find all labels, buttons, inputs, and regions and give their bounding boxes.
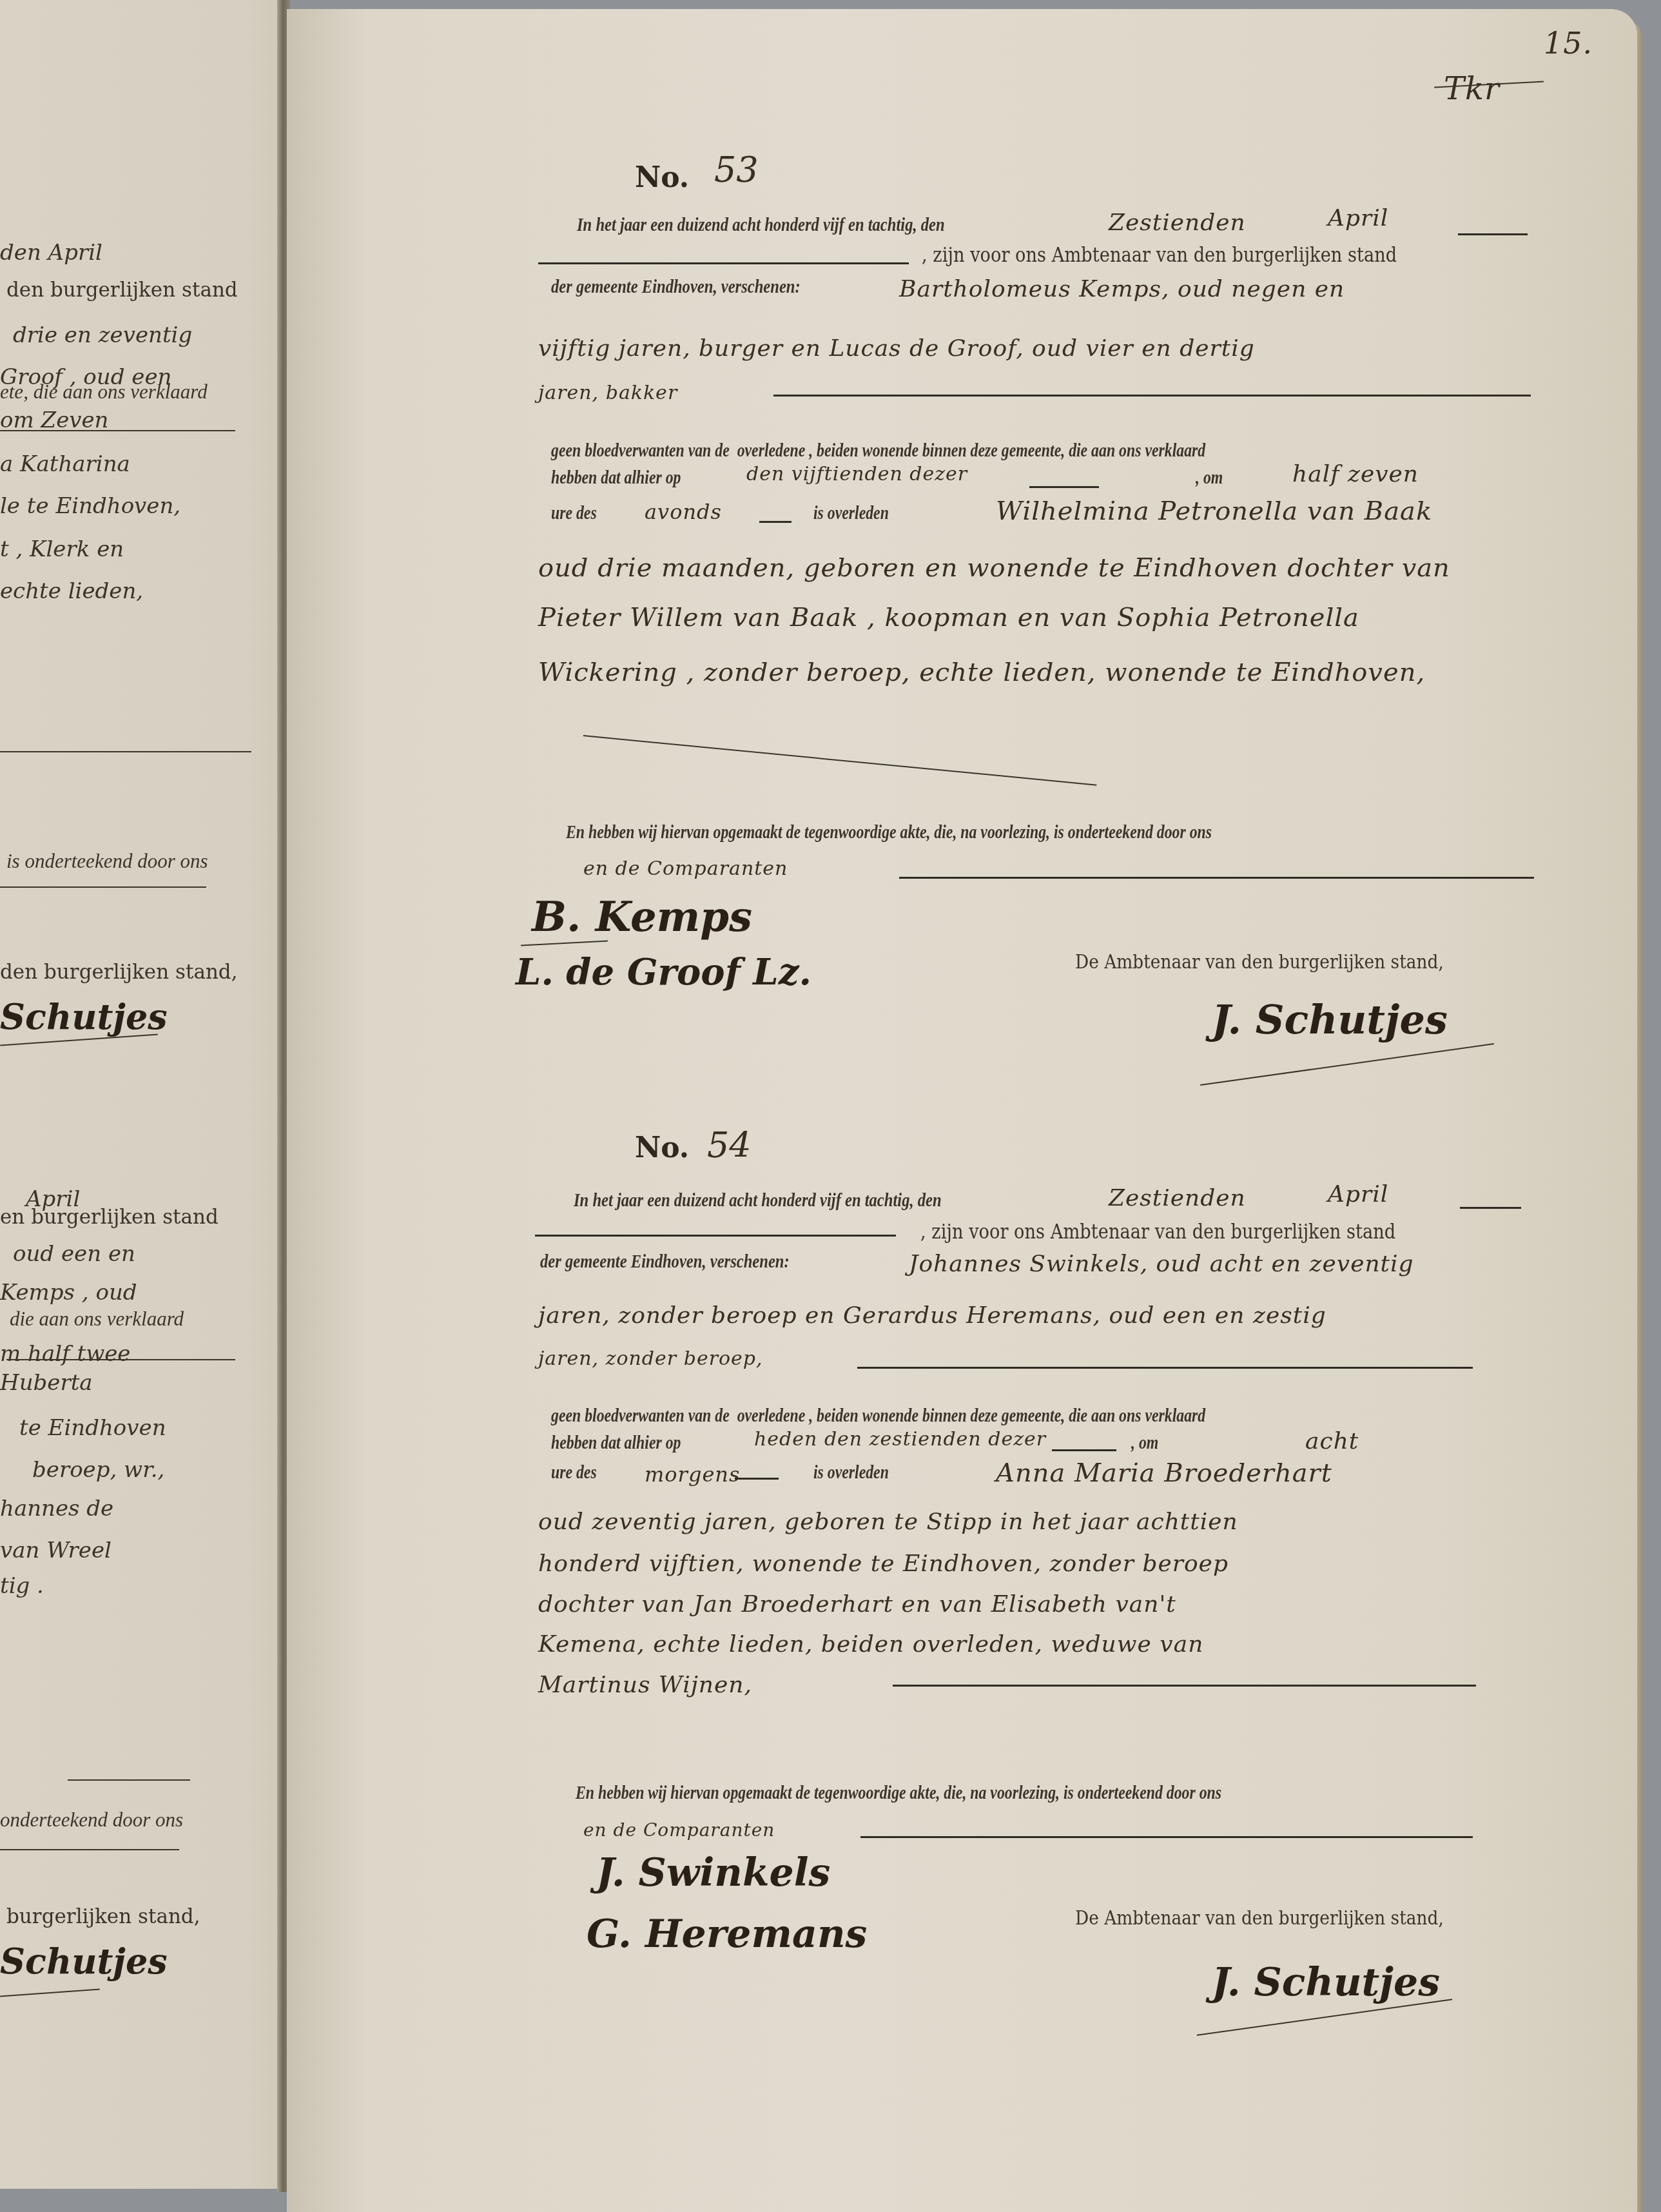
fill-rule <box>773 395 1531 396</box>
body-line: dochter van Jan Broederhart en van Elisa… <box>538 1591 1176 1618</box>
closing-hand: en de Comparanten <box>583 1819 775 1841</box>
signature-declarant-2: G. Heremans <box>587 1912 867 1957</box>
declarants-line: jaren, zonder beroep en Gerardus Hereman… <box>538 1302 1326 1329</box>
body-line: Pieter Willem van Baak , koopman en van … <box>538 603 1359 632</box>
fill-rule <box>857 1367 1473 1369</box>
printed-hour: ure des <box>551 503 597 524</box>
deceased-name: Wilhelmina Petronella van Baak <box>996 496 1432 526</box>
left-rule <box>6 1359 235 1360</box>
signature-declarant-1: B. Kemps <box>532 893 752 941</box>
left-page-fragment: om Zeven <box>0 407 109 433</box>
official-label: De Ambtenaar van den burgerlijken stand, <box>1075 1907 1444 1930</box>
fill-rule <box>1029 486 1099 488</box>
left-rule <box>0 430 235 431</box>
printed-preamble: In het jaar een duizend acht honderd vij… <box>577 214 945 236</box>
fill-rule <box>1052 1449 1116 1451</box>
printed-no-relation: geen bloedverwanten van de overledene , … <box>551 440 1205 462</box>
printed-official-line: , zijn voor ons Ambtenaar van den burger… <box>920 1220 1395 1244</box>
body-line: oud zeventig jaren, geboren te Stipp in … <box>538 1509 1238 1535</box>
left-page-fragment: Schutjes <box>0 996 168 1037</box>
left-page-fragment: den April <box>0 240 102 266</box>
fill-rule <box>893 1685 1476 1687</box>
left-page-fragment: van Wreel <box>0 1538 112 1563</box>
left-page-fragment: te Eindhoven <box>19 1415 166 1441</box>
declarants-occupation: jaren, zonder beroep, <box>538 1347 763 1370</box>
fill-rule <box>1458 233 1528 235</box>
fill-rule <box>759 521 792 523</box>
body-line: Martinus Wijnen, <box>538 1672 752 1698</box>
left-page-fragment: beroep, wr., <box>32 1457 164 1483</box>
printed-preamble: In het jaar een duizend acht honderd vij… <box>574 1189 942 1211</box>
printed-deceased: is overleden <box>813 503 889 524</box>
left-page-fragment: t , Klerk en <box>0 536 124 562</box>
left-page: den Aprilden burgerlijken standdrie en z… <box>0 0 287 2189</box>
body-line: honderd vijftien, wonende te Eindhoven, … <box>538 1551 1229 1577</box>
left-page-fragment: is onderteekend door ons <box>6 850 208 873</box>
act-number-label: No. <box>635 1131 689 1164</box>
printed-official-line: , zijn voor ons Ambtenaar van den burger… <box>922 244 1397 267</box>
left-page-fragment: onderteekend door ons <box>0 1808 183 1832</box>
declarants-line: Johannes Swinkels, oud acht en zeventig <box>909 1251 1414 1277</box>
official-signature: J. Schutjes <box>1212 1960 1440 2005</box>
death-date: den vijftienden dezer <box>746 463 967 485</box>
printed-at: , om <box>1131 1433 1158 1454</box>
official-label: De Ambtenaar van den burgerlijken stand, <box>1075 951 1444 974</box>
left-page-fragment: oud een en <box>13 1241 135 1267</box>
act-number: 53 <box>714 150 759 190</box>
date-day: Zestienden <box>1109 1185 1246 1211</box>
date-month: April <box>1328 1181 1388 1208</box>
date-month: April <box>1328 205 1388 231</box>
fill-rule <box>1460 1207 1521 1209</box>
deceased-name: Anna Maria Broederhart <box>996 1458 1332 1488</box>
left-page-fragment: m half twee <box>0 1341 131 1367</box>
printed-no-relation: geen bloedverwanten van de overledene , … <box>551 1405 1205 1427</box>
printed-closing: En hebben wij hiervan opgemaakt de tegen… <box>576 1783 1221 1804</box>
left-page-fragment: tig . <box>0 1573 44 1599</box>
left-page-fragment: Huberta <box>0 1370 93 1396</box>
left-page-fragment: drie en zeventig <box>13 322 192 348</box>
body-line: Kemena, echte lieden, beiden overleden, … <box>538 1631 1203 1658</box>
left-page-fragment: ete, die aan ons verklaard <box>0 380 208 404</box>
left-page-fragment: Schutjes <box>0 1941 168 1982</box>
death-time: acht <box>1305 1428 1359 1454</box>
left-rule <box>0 886 206 888</box>
printed-declared: hebben dat alhier op <box>551 467 681 489</box>
declarants-occupation: jaren, bakker <box>538 382 677 404</box>
printed-declared: hebben dat alhier op <box>551 1433 681 1454</box>
official-signature: J. Schutjes <box>1212 996 1448 1043</box>
date-day: Zestienden <box>1109 210 1246 236</box>
death-time: half zeven <box>1292 461 1419 487</box>
declarants-line: Bartholomeus Kemps, oud negen en <box>899 276 1345 302</box>
left-rule <box>68 1779 190 1781</box>
printed-hour: ure des <box>551 1462 597 1483</box>
death-date: heden den zestienden dezer <box>754 1428 1046 1451</box>
left-page-fragment: en burgerlijken stand <box>0 1206 219 1229</box>
body-line: Wickering , zonder beroep, echte lieden,… <box>538 658 1425 687</box>
time-of-day: avonds <box>645 500 722 524</box>
act-number-label: No. <box>635 161 689 194</box>
printed-closing: En hebben wij hiervan opgemaakt de tegen… <box>566 822 1212 843</box>
declarants-line: vijftig jaren, burger en Lucas de Groof,… <box>538 335 1255 362</box>
left-page-fragment: le te Eindhoven, <box>0 493 180 519</box>
printed-at: , om <box>1196 467 1223 489</box>
left-page-fragment: den burgerlijken stand, <box>0 961 238 984</box>
printed-municipality: der gemeente Eindhoven, verschenen: <box>540 1251 790 1273</box>
left-page-fragment: a Katharina <box>0 451 130 477</box>
folio-initials: Tkr <box>1444 71 1500 107</box>
left-rule <box>0 1849 179 1850</box>
signature-flourish <box>0 1989 100 1997</box>
left-page-fragment: hannes de <box>0 1496 113 1522</box>
time-of-day: morgens <box>645 1462 740 1487</box>
left-rule <box>0 751 251 752</box>
left-page-fragment: den burgerlijken stand <box>6 279 238 302</box>
fill-rule <box>860 1836 1473 1838</box>
left-page-fragment: die aan ons verklaard <box>10 1307 184 1331</box>
printed-deceased: is overleden <box>813 1462 889 1483</box>
fill-rule <box>735 1478 779 1480</box>
body-line: oud drie maanden, geboren en wonende te … <box>538 553 1450 583</box>
left-page-fragment: Kemps , oud <box>0 1280 137 1306</box>
left-page-fragment: burgerlijken stand, <box>6 1905 200 1928</box>
fill-rule <box>899 877 1534 879</box>
fill-rule <box>538 262 909 264</box>
closing-hand: en de Comparanten <box>583 857 788 880</box>
left-page-fragment: echte lieden, <box>0 578 143 604</box>
act-number: 54 <box>707 1125 752 1166</box>
folio-number: 15. <box>1544 26 1593 61</box>
signature-declarant-2: L. de Groof Lz. <box>516 951 811 993</box>
fill-rule <box>535 1235 896 1237</box>
signature-declarant-1: J. Swinkels <box>596 1850 830 1895</box>
printed-municipality: der gemeente Eindhoven, verschenen: <box>551 276 801 298</box>
